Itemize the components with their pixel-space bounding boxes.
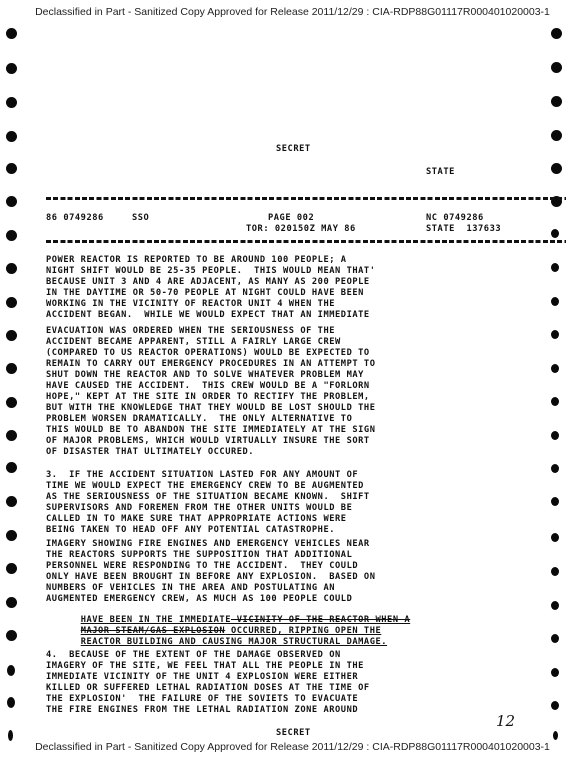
text-line: NIGHT SHIFT WOULD BE 25-35 PEOPLE. THIS … <box>46 266 375 276</box>
text-line: TIME WE WOULD EXPECT THE EMERGENCY CREW … <box>46 481 364 491</box>
text-line: ONLY HAVE BEEN BROUGHT IN BEFORE ANY EXP… <box>46 572 375 582</box>
classification-footer: SECRET <box>276 728 311 738</box>
message-body: POWER REACTOR IS REPORTED TO BE AROUND 1… <box>0 0 585 757</box>
text-line: IN THE DAYTIME OR 50-70 PEOPLE AT NIGHT … <box>46 288 364 298</box>
text-line: IMAGERY SHOWING FIRE ENGINES AND EMERGEN… <box>46 539 370 549</box>
text-line: (COMPARED TO US REACTOR OPERATIONS) WOUL… <box>46 348 370 358</box>
handwritten-page-number: 12 <box>496 712 515 730</box>
text-line: OF DISASTER THAT ULTIMATELY OCCURED. <box>46 447 254 457</box>
text-line: EVACUATION WAS ORDERED WHEN THE SERIOUSN… <box>46 326 335 336</box>
text-line: PERSONNEL WERE RESPONDING TO THE ACCIDEN… <box>46 561 358 571</box>
text-line: AS THE SERIOUSNESS OF THE SITUATION BECA… <box>46 492 370 502</box>
text-line: THE EXPLOSION' THE FAILURE OF THE SOVIET… <box>46 694 358 704</box>
text-line: 3. IF THE ACCIDENT SITUATION LASTED FOR … <box>46 470 358 480</box>
release-banner-bottom: Declassified in Part - Sanitized Copy Ap… <box>0 741 585 753</box>
text-line: HAVE CAUSED THE ACCIDENT. THIS CREW WOUL… <box>46 381 370 391</box>
text-line: WORKING IN THE VICINITY OF REACTOR UNIT … <box>46 299 335 309</box>
text-line: NUMBERS OF VEHICLES IN THE AREA AND POST… <box>46 583 335 593</box>
text-line: THIS WOULD BE TO ABANDON THE SITE IMMEDI… <box>46 425 375 435</box>
text-line: BEING TAKEN TO HEAD OFF ANY POTENTIAL CA… <box>46 525 335 535</box>
underlined-text: REACTOR BUILDING AND CAUSING MAJOR STRUC… <box>81 637 387 647</box>
paragraph-2: POWER REACTOR IS REPORTED TO BE AROUND 1… <box>0 20 585 220</box>
text-line: BUT WITH THE KNOWLEDGE THAT THEY WOULD B… <box>46 403 375 413</box>
text-line: PROBLEM WORSEN DRAMATICALLY. THE ONLY AL… <box>46 414 352 424</box>
text-line: IMMEDIATE VICINITY OF THE UNIT 4 EXPLOSI… <box>46 672 358 682</box>
text-line: KILLED OR SUFFERED LETHAL RADIATION DOSE… <box>46 683 370 693</box>
text-line: ACCIDENT BEGAN. WHILE WE WOULD EXPECT TH… <box>46 310 370 320</box>
text-line: OF MAJOR PROBLEMS, WHICH WOULD VIRTUALLY… <box>46 436 370 446</box>
text-line: ACCIDENT BECAME APPARENT, STILL A FAIRLY… <box>46 337 341 347</box>
text-line: SUPERVISORS AND FOREMEN FROM THE OTHER U… <box>46 503 352 513</box>
text-line: AUGMENTED EMERGENCY CREW, AS MUCH AS 100… <box>46 594 352 604</box>
text-line: IMAGERY OF THE SITE, WE FEEL THAT ALL TH… <box>46 661 364 671</box>
text-line: HOPE," KEPT AT THE SITE IN ORDER TO RECT… <box>46 392 370 402</box>
text-line: THE FIRE ENGINES FROM THE LETHAL RADIATI… <box>46 705 358 715</box>
text-line: CALLED IN TO MAKE SURE THAT APPROPRIATE … <box>46 514 347 524</box>
text-line: SHUT DOWN THE REACTOR AND TO SOLVE WHATE… <box>46 370 364 380</box>
text-line: BECAUSE UNIT 3 AND 4 ARE ADJACENT, AS MA… <box>46 277 370 287</box>
text-line: REMAIN TO CARRY OUT EMERGENCY PROCEDURES… <box>46 359 375 369</box>
text-line: THE REACTORS SUPPORTS THE SUPPOSITION TH… <box>46 550 352 560</box>
text-line: POWER REACTOR IS REPORTED TO BE AROUND 1… <box>46 255 347 265</box>
text-line: 4. BECAUSE OF THE EXTENT OF THE DAMAGE O… <box>46 650 341 660</box>
